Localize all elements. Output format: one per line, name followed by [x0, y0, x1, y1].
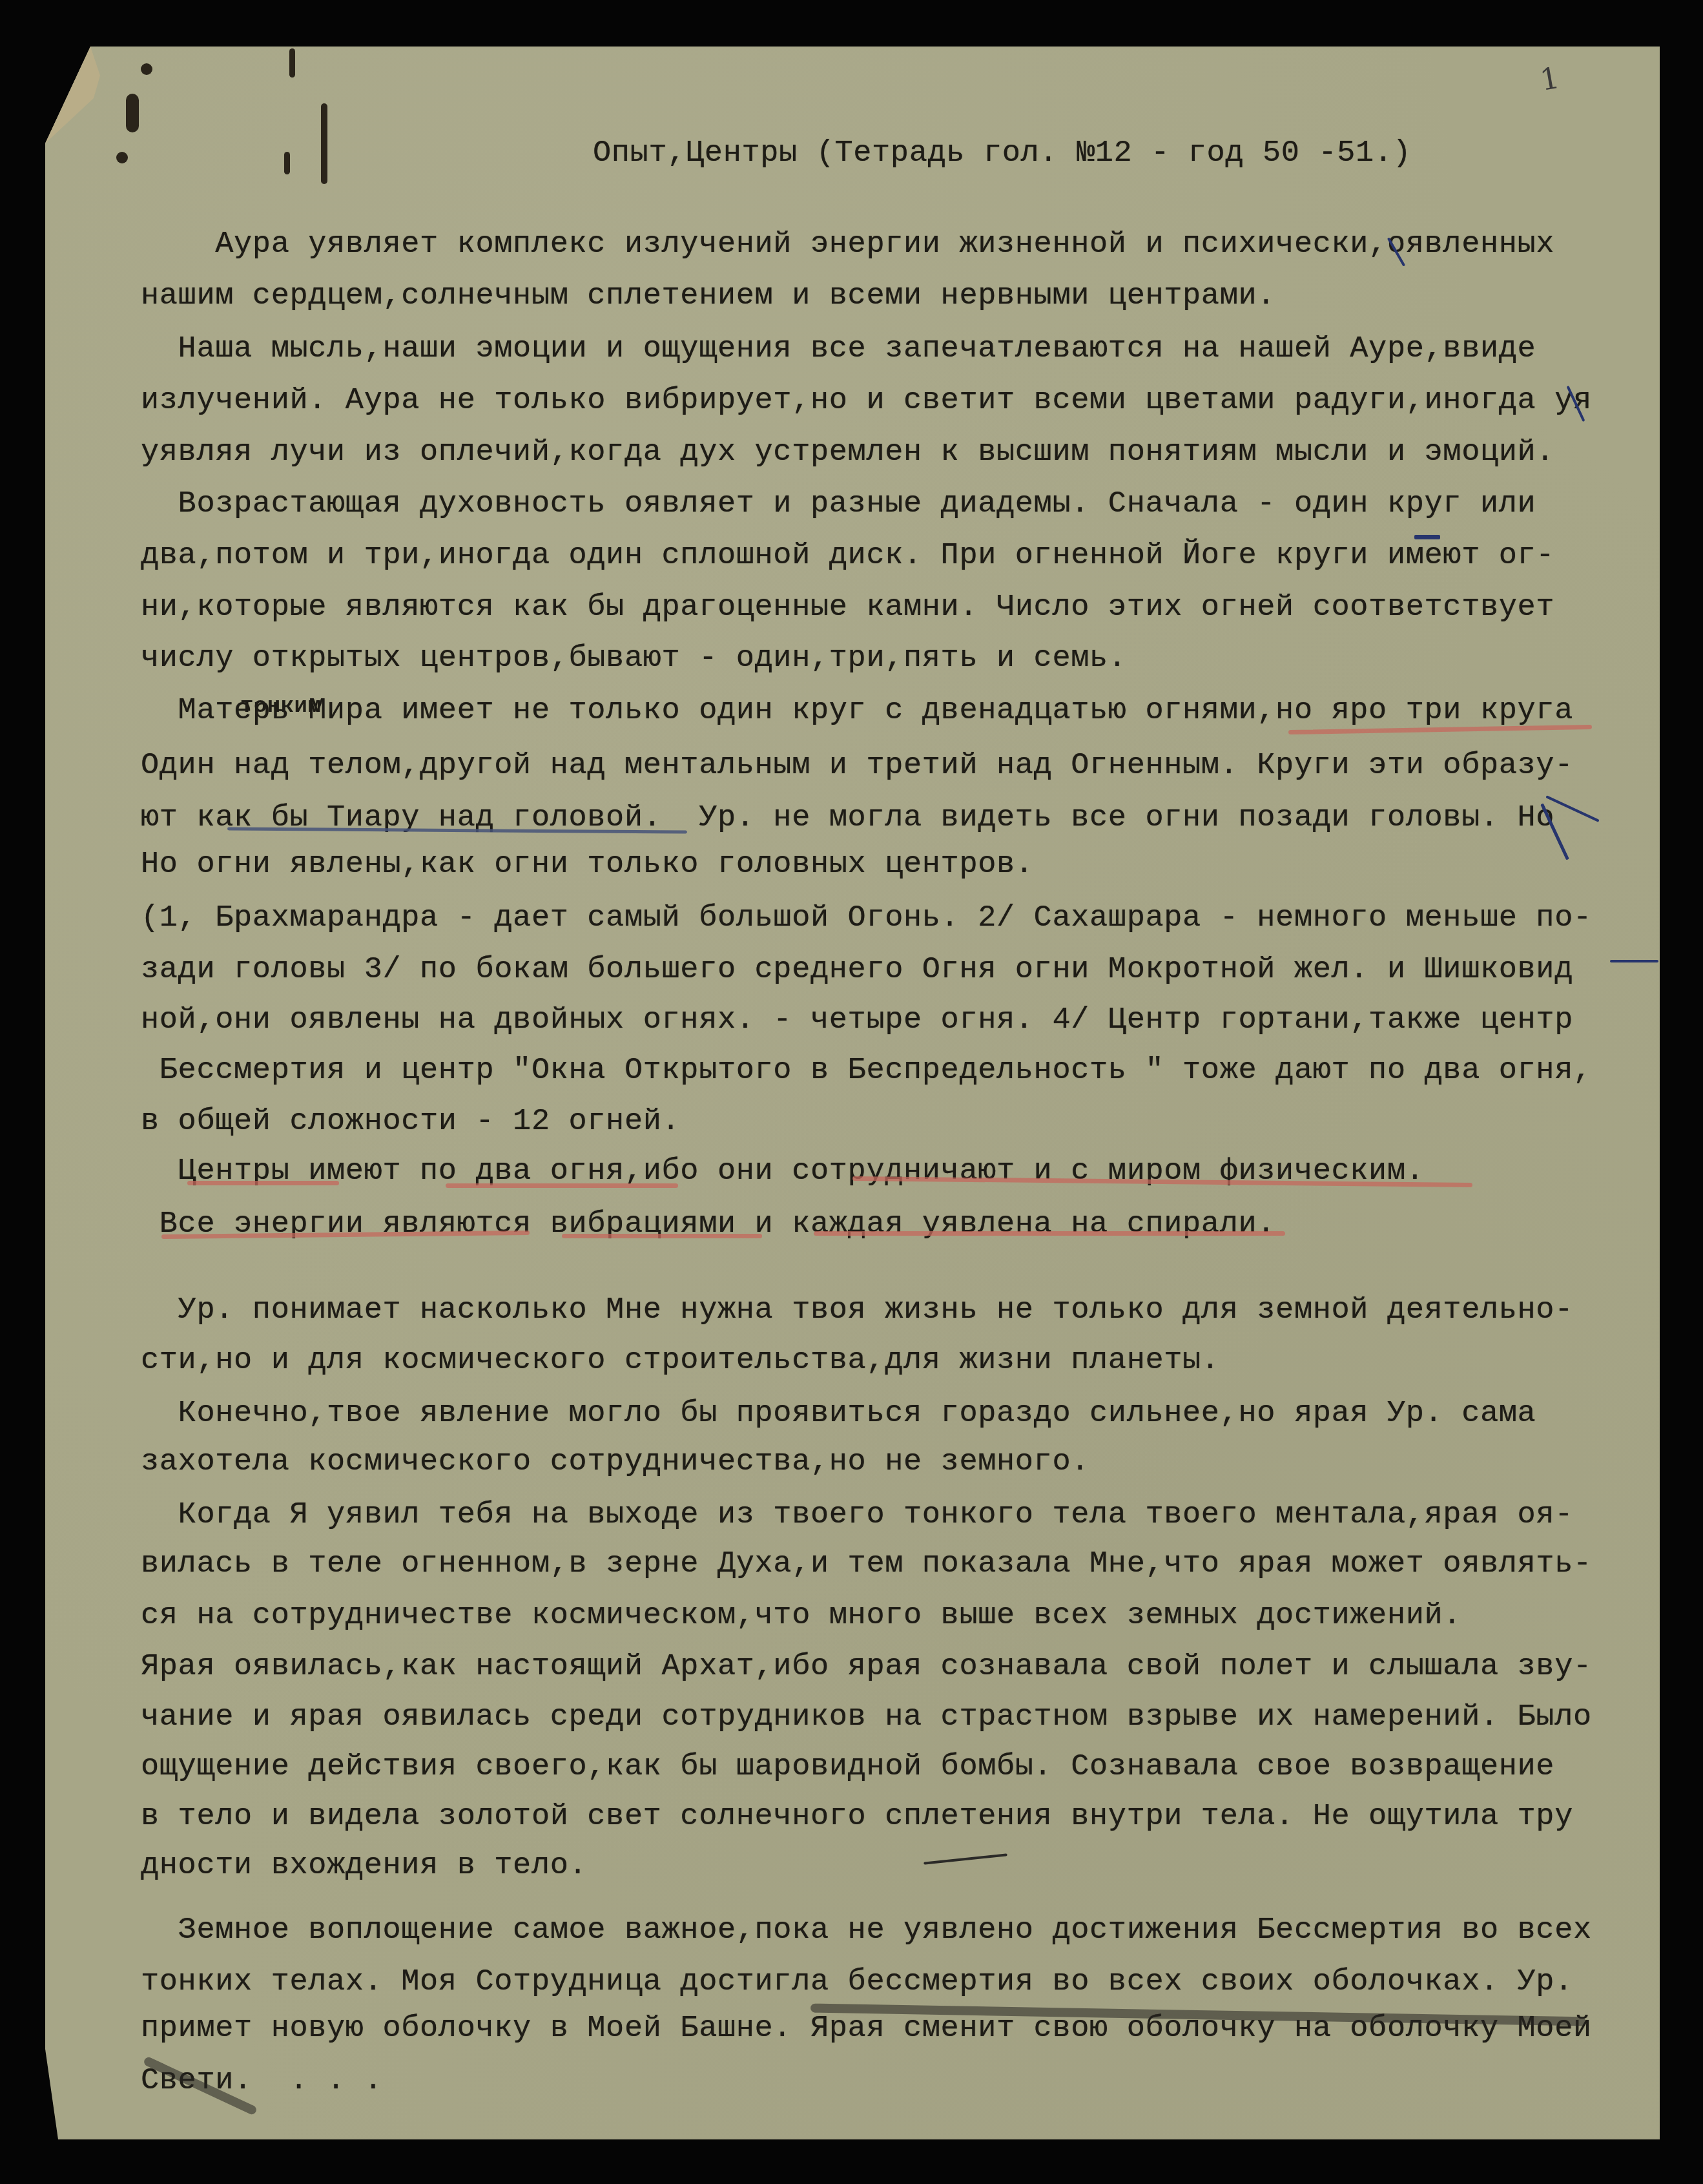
text-line: уявляя лучи из оплечий,когда дух устремл… [141, 437, 1554, 468]
ink-stain [116, 152, 128, 163]
ink-stain [284, 152, 290, 174]
pen-correction-mark [1610, 960, 1658, 962]
text-line: Аура уявляет комплекс излучений энергии … [141, 229, 1554, 260]
text-line: в тело и видела золотой свет солнечного … [141, 1802, 1573, 1832]
text-line: Но огни явлены,как огни только головных … [141, 849, 1034, 880]
text-line: вилась в теле огненном,в зерне Духа,и те… [141, 1549, 1592, 1579]
red-underline [187, 1181, 339, 1185]
text-line: сти,но и для космического строительства,… [141, 1346, 1220, 1376]
red-underline [814, 1231, 1285, 1236]
text-line: Наша мысль,наши эмоции и ощущения все за… [141, 334, 1536, 364]
ink-stain [126, 94, 139, 132]
text-line: тонких телах. Моя Сотрудница достигла бе… [141, 1967, 1573, 1997]
text-line: в общей сложности - 12 огней. [141, 1107, 680, 1137]
text-line: Когда Я уявил тебя на выходе из твоего т… [141, 1500, 1573, 1530]
text-line: Ур. понимает насколько Мне нужна твоя жи… [141, 1295, 1573, 1326]
ink-stain [141, 63, 152, 75]
text-line: (1, Брахмарандра - дает самый большой Ог… [141, 903, 1592, 933]
text-line: ся на сотрудничестве космическом,что мно… [141, 1601, 1461, 1631]
text-line: дности вхождения в тело. [141, 1851, 587, 1881]
text-line: Бессмертия и центр "Окна Открытого в Бес… [141, 1056, 1592, 1086]
ink-stain [289, 48, 295, 78]
pen-correction-mark [1414, 535, 1440, 539]
text-line: Ярая оявилась,как настоящий Архат,ибо яр… [141, 1652, 1592, 1682]
text-line: чание и ярая оявилась среди сотрудников … [141, 1702, 1592, 1732]
text-line: ной,они оявлены на двойных огнях. - четы… [141, 1005, 1573, 1035]
text-line: захотела космического сотрудничества,но … [141, 1447, 1089, 1477]
red-underline [446, 1183, 678, 1188]
text-line: Матерь Мира имеет не только один круг с … [141, 696, 1573, 726]
text-line: Конечно,твое явление могло бы проявиться… [141, 1399, 1536, 1429]
document-title: Опыт,Центры (Тетрадь гол. №12 - год 50 -… [593, 138, 1411, 169]
red-underline [562, 1234, 762, 1238]
text-line: зади головы 3/ по бокам большего среднег… [141, 955, 1573, 985]
text-line: ощущение действия своего,как бы шаровидн… [141, 1752, 1554, 1782]
text-line: числу открытых центров,бывают - один,три… [141, 643, 1127, 674]
ink-stain [321, 103, 327, 184]
text-line: ни,которые являются как бы драгоценные к… [141, 592, 1554, 623]
text-line: нашим сердцем,солнечным сплетением и все… [141, 281, 1275, 311]
text-line: Земное воплощение самое важное,пока не у… [141, 1915, 1592, 1946]
text-line: Один над телом,другой над ментальным и т… [141, 751, 1573, 781]
text-line: Возрастающая духовность оявляет и разные… [141, 489, 1536, 519]
text-line: излучений. Аура не только вибрирует,но и… [141, 386, 1592, 416]
inserted-word: тонким [240, 694, 321, 719]
text-line: два,потом и три,иногда один сплошной дис… [141, 541, 1554, 571]
